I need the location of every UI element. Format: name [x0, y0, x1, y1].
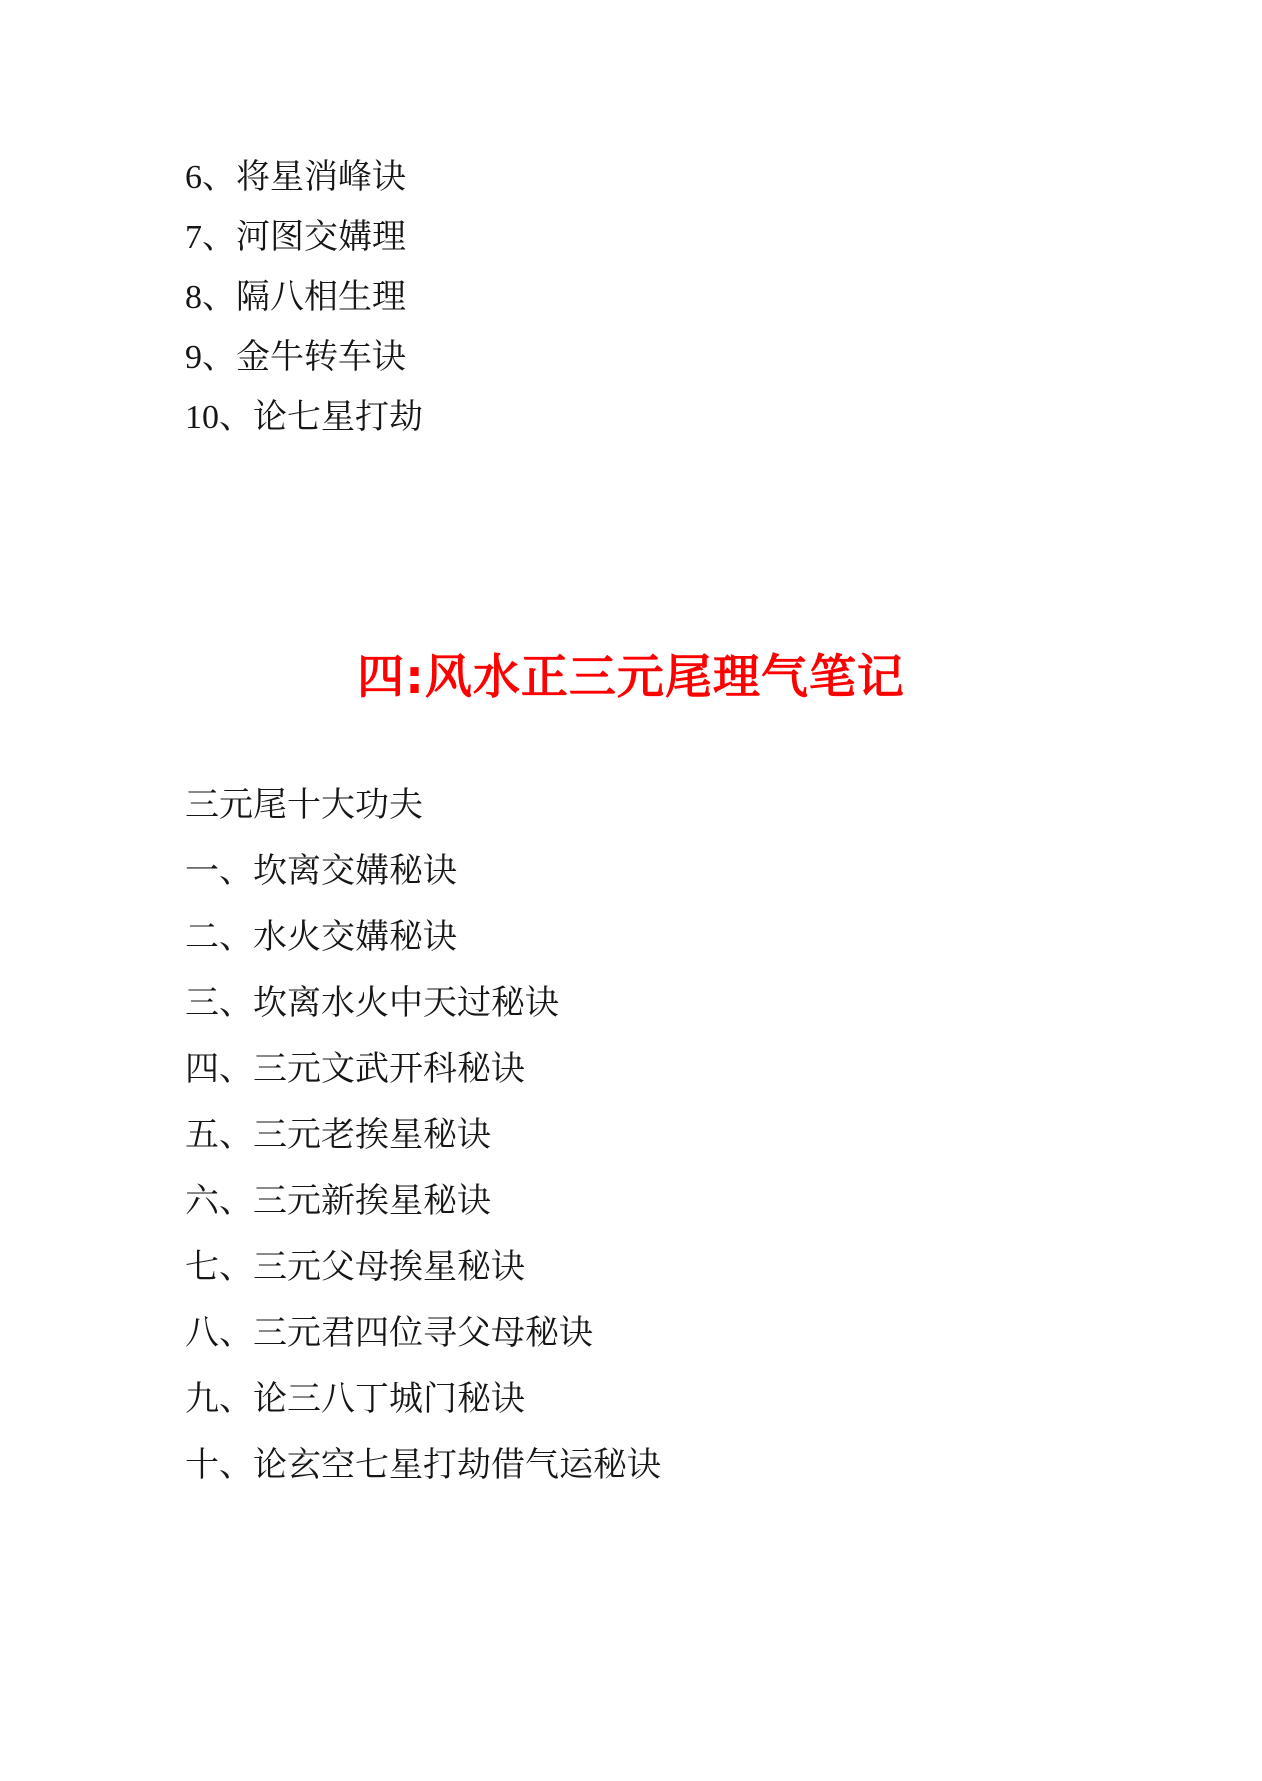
- upper-numbered-list: 6、将星消峰诀 7、河图交媾理 8、隔八相生理 9、金牛转车诀 10、论七星打劫: [185, 148, 423, 448]
- list-item: 八、三元君四位寻父母秘诀: [185, 1301, 661, 1367]
- list-item: 九、论三八丁城门秘诀: [185, 1367, 661, 1433]
- list-item: 四、三元文武开科秘诀: [185, 1037, 661, 1103]
- list-item: 8、隔八相生理: [185, 268, 423, 328]
- list-intro: 三元尾十大功夫: [185, 773, 661, 839]
- list-item: 三、坎离水火中天过秘诀: [185, 971, 661, 1037]
- list-item: 五、三元老挨星秘诀: [185, 1103, 661, 1169]
- list-item: 二、水火交媾秘诀: [185, 905, 661, 971]
- list-item: 十、论玄空七星打劫借气运秘诀: [185, 1433, 661, 1499]
- list-item: 六、三元新挨星秘诀: [185, 1169, 661, 1235]
- lower-numbered-list: 三元尾十大功夫 一、坎离交媾秘诀 二、水火交媾秘诀 三、坎离水火中天过秘诀 四、…: [185, 773, 661, 1499]
- section-heading: 四:风水正三元尾理气笔记: [0, 650, 1262, 706]
- document-page: 6、将星消峰诀 7、河图交媾理 8、隔八相生理 9、金牛转车诀 10、论七星打劫…: [0, 0, 1262, 1781]
- list-item: 6、将星消峰诀: [185, 148, 423, 208]
- list-item: 七、三元父母挨星秘诀: [185, 1235, 661, 1301]
- list-item: 一、坎离交媾秘诀: [185, 839, 661, 905]
- list-item: 10、论七星打劫: [185, 388, 423, 448]
- list-item: 9、金牛转车诀: [185, 328, 423, 388]
- list-item: 7、河图交媾理: [185, 208, 423, 268]
